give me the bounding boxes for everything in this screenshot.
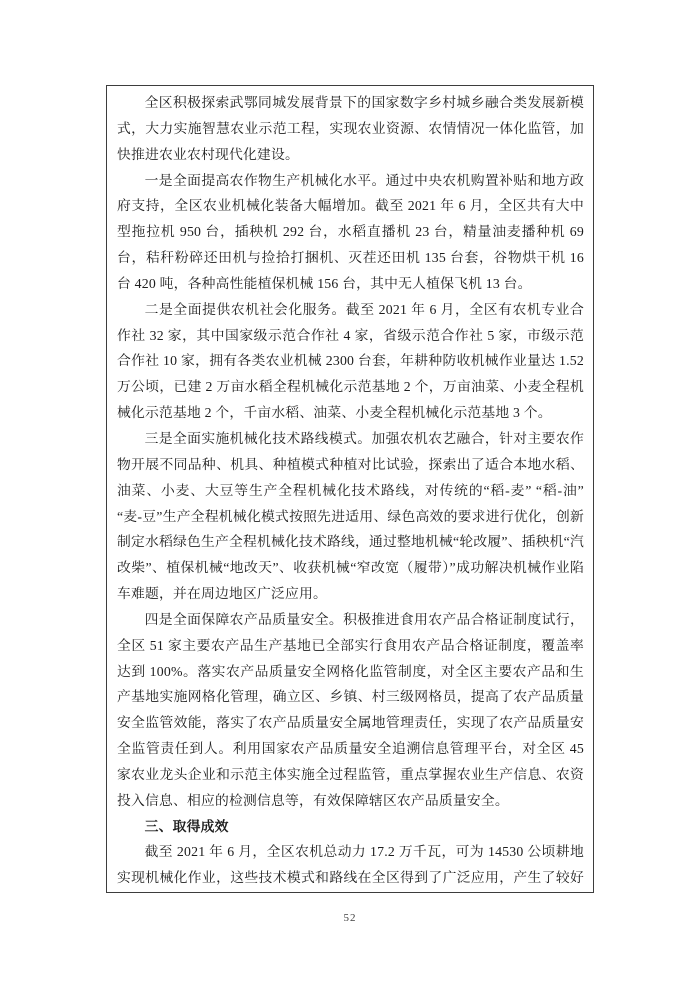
paragraph: 三是全面实施机械化技术路线模式。加强农机农艺融合，针对主要农作物开展不同品种、机… [117, 426, 584, 607]
content-border-box: 全区积极探索武鄂同城发展背景下的国家数字乡村城乡融合类发展新模式，大力实施智慧农… [106, 85, 594, 893]
paragraph: 一是全面提高农作物生产机械化水平。通过中央农机购置补贴和地方政府支持，全区农业机… [117, 168, 584, 297]
document-body: 全区积极探索武鄂同城发展背景下的国家数字乡村城乡融合类发展新模式，大力实施智慧农… [117, 90, 584, 893]
document-page: 全区积极探索武鄂同城发展背景下的国家数字乡村城乡融合类发展新模式，大力实施智慧农… [0, 0, 700, 990]
paragraph: 全区积极探索武鄂同城发展背景下的国家数字乡村城乡融合类发展新模式，大力实施智慧农… [117, 90, 584, 168]
section-heading: 三、取得成效 [117, 814, 584, 840]
paragraph: 截至 2021 年 6 月，全区农机总动力 17.2 万千瓦，可为 14530 … [117, 839, 584, 893]
paragraph: 二是全面提供农机社会化服务。截至 2021 年 6 月，全区有农机专业合作社 3… [117, 297, 584, 426]
page-number: 52 [0, 912, 700, 924]
paragraph: 四是全面保障农产品质量安全。积极推进食用农产品合格证制度试行，全区 51 家主要… [117, 607, 584, 814]
